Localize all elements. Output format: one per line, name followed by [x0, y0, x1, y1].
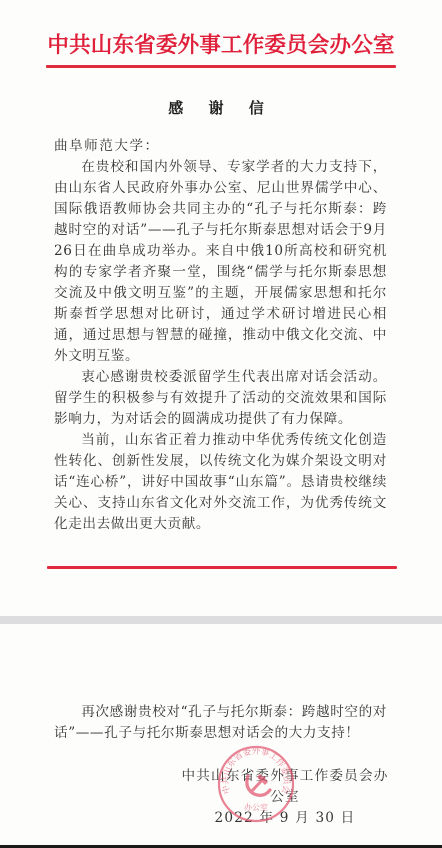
body-paragraph-3: 当前，山东省正着力推动中华优秀传统文化创造性转化、创新性发展，以传统文化为媒介架…: [54, 430, 387, 535]
signature-block: 中共山东省委外事工作委员会办公室 2022 年 9 月 30 日: [150, 766, 390, 829]
footer-red-rule: [47, 566, 397, 569]
letter-body: 在贵校和国内外领导、专家学者的大力支持下，由山东省人民政府外事办公室、尼山世界儒…: [54, 157, 387, 535]
letter-title: 感 谢 信: [0, 97, 442, 118]
closing-paragraph: 再次感谢贵校对“孔子与托尔斯泰：跨越时空的对话”——孔子与托尔斯泰思想对话会的大…: [54, 702, 387, 744]
salutation: 曲阜师范大学：: [54, 136, 160, 157]
letterhead-title: 中共山东省委外事工作委员会办公室: [0, 28, 442, 59]
body-paragraph-2: 衷心感谢贵校委派留学生代表出席对话会活动。留学生的积极参与有效提升了活动的交流效…: [54, 367, 387, 430]
closing-block: 再次感谢贵校对“孔子与托尔斯泰：跨越时空的对话”——孔子与托尔斯泰思想对话会的大…: [54, 702, 387, 744]
letterhead-red-rule: [46, 65, 396, 68]
page-separator: [0, 616, 442, 624]
signature-date: 2022 年 9 月 30 日: [150, 808, 390, 829]
signature-organization: 中共山东省委外事工作委员会办公室: [150, 766, 390, 808]
letter-page-1: 中共山东省委外事工作委员会办公室 感 谢 信 曲阜师范大学： 在贵校和国内外领导…: [0, 0, 442, 616]
body-paragraph-1: 在贵校和国内外领导、专家学者的大力支持下，由山东省人民政府外事办公室、尼山世界儒…: [54, 157, 387, 367]
